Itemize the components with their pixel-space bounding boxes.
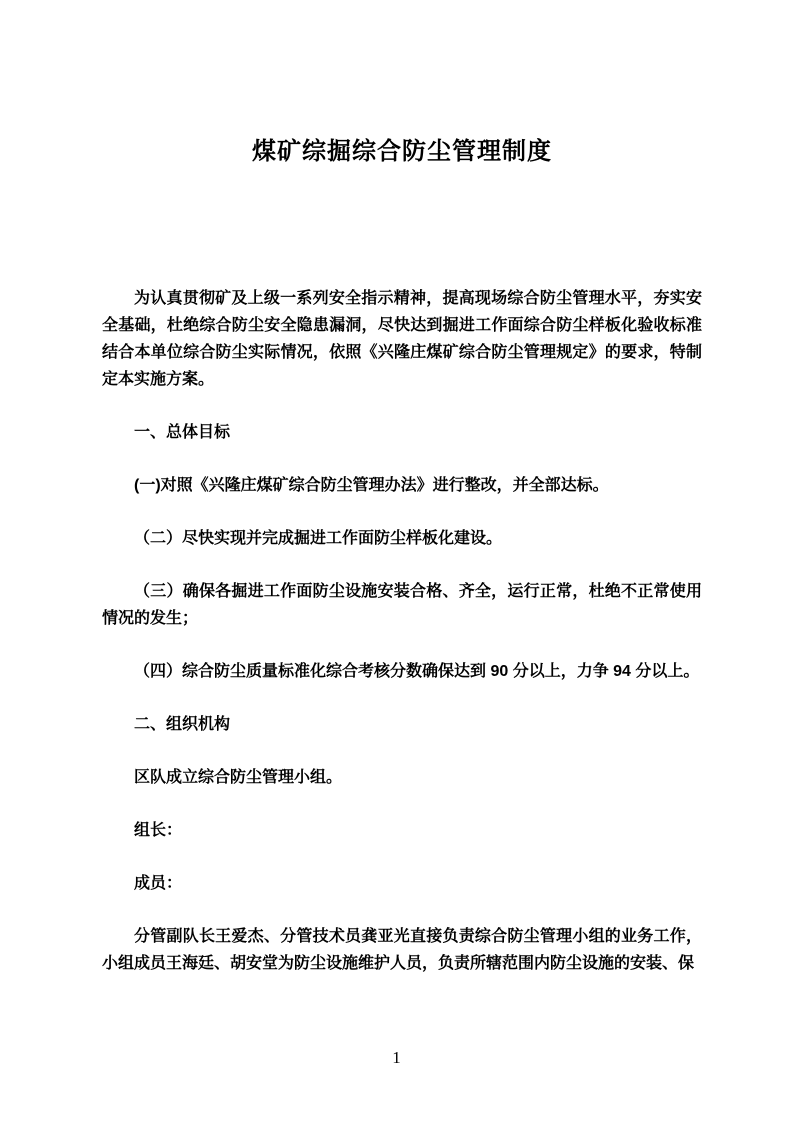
paragraph: 区队成立综合防尘管理小组。 (102, 764, 702, 791)
paragraph: （三）确保各掘进工作面防尘设施安装合格、齐全，运行正常，杜绝不正常使用情况的发生… (102, 578, 702, 632)
paragraph: （四）综合防尘质量标准化综合考核分数确保达到 90 分以上，力争 94 分以上。 (102, 658, 702, 685)
document-paragraphs: 为认真贯彻矿及上级一系列安全指示精神，提高现场综合防尘管理水平，夯实安全基础，杜… (102, 285, 702, 977)
page-number: 1 (0, 1048, 793, 1068)
paragraph: （二）尽快实现并完成掘进工作面防尘样板化建设。 (102, 525, 702, 552)
paragraph: (一)对照《兴隆庄煤矿综合防尘管理办法》进行整改，并全部达标。 (102, 472, 702, 499)
document-content: 煤矿综掘综合防尘管理制度 为认真贯彻矿及上级一系列安全指示精神，提高现场综合防尘… (102, 0, 702, 1003)
paragraph: 组长： (102, 817, 702, 844)
section-heading: 二、组织机构 (102, 711, 702, 738)
paragraph: 为认真贯彻矿及上级一系列安全指示精神，提高现场综合防尘管理水平，夯实安全基础，杜… (102, 285, 702, 393)
section-heading: 一、总体目标 (102, 419, 702, 446)
paragraph: 成员： (102, 870, 702, 897)
document-title: 煤矿综掘综合防尘管理制度 (102, 136, 702, 168)
paragraph: 分管副队长王爱杰、分管技术员龚亚光直接负责综合防尘管理小组的业务工作，小组成员王… (102, 923, 702, 977)
document-page: 煤矿综掘综合防尘管理制度 为认真贯彻矿及上级一系列安全指示精神，提高现场综合防尘… (0, 0, 793, 1122)
